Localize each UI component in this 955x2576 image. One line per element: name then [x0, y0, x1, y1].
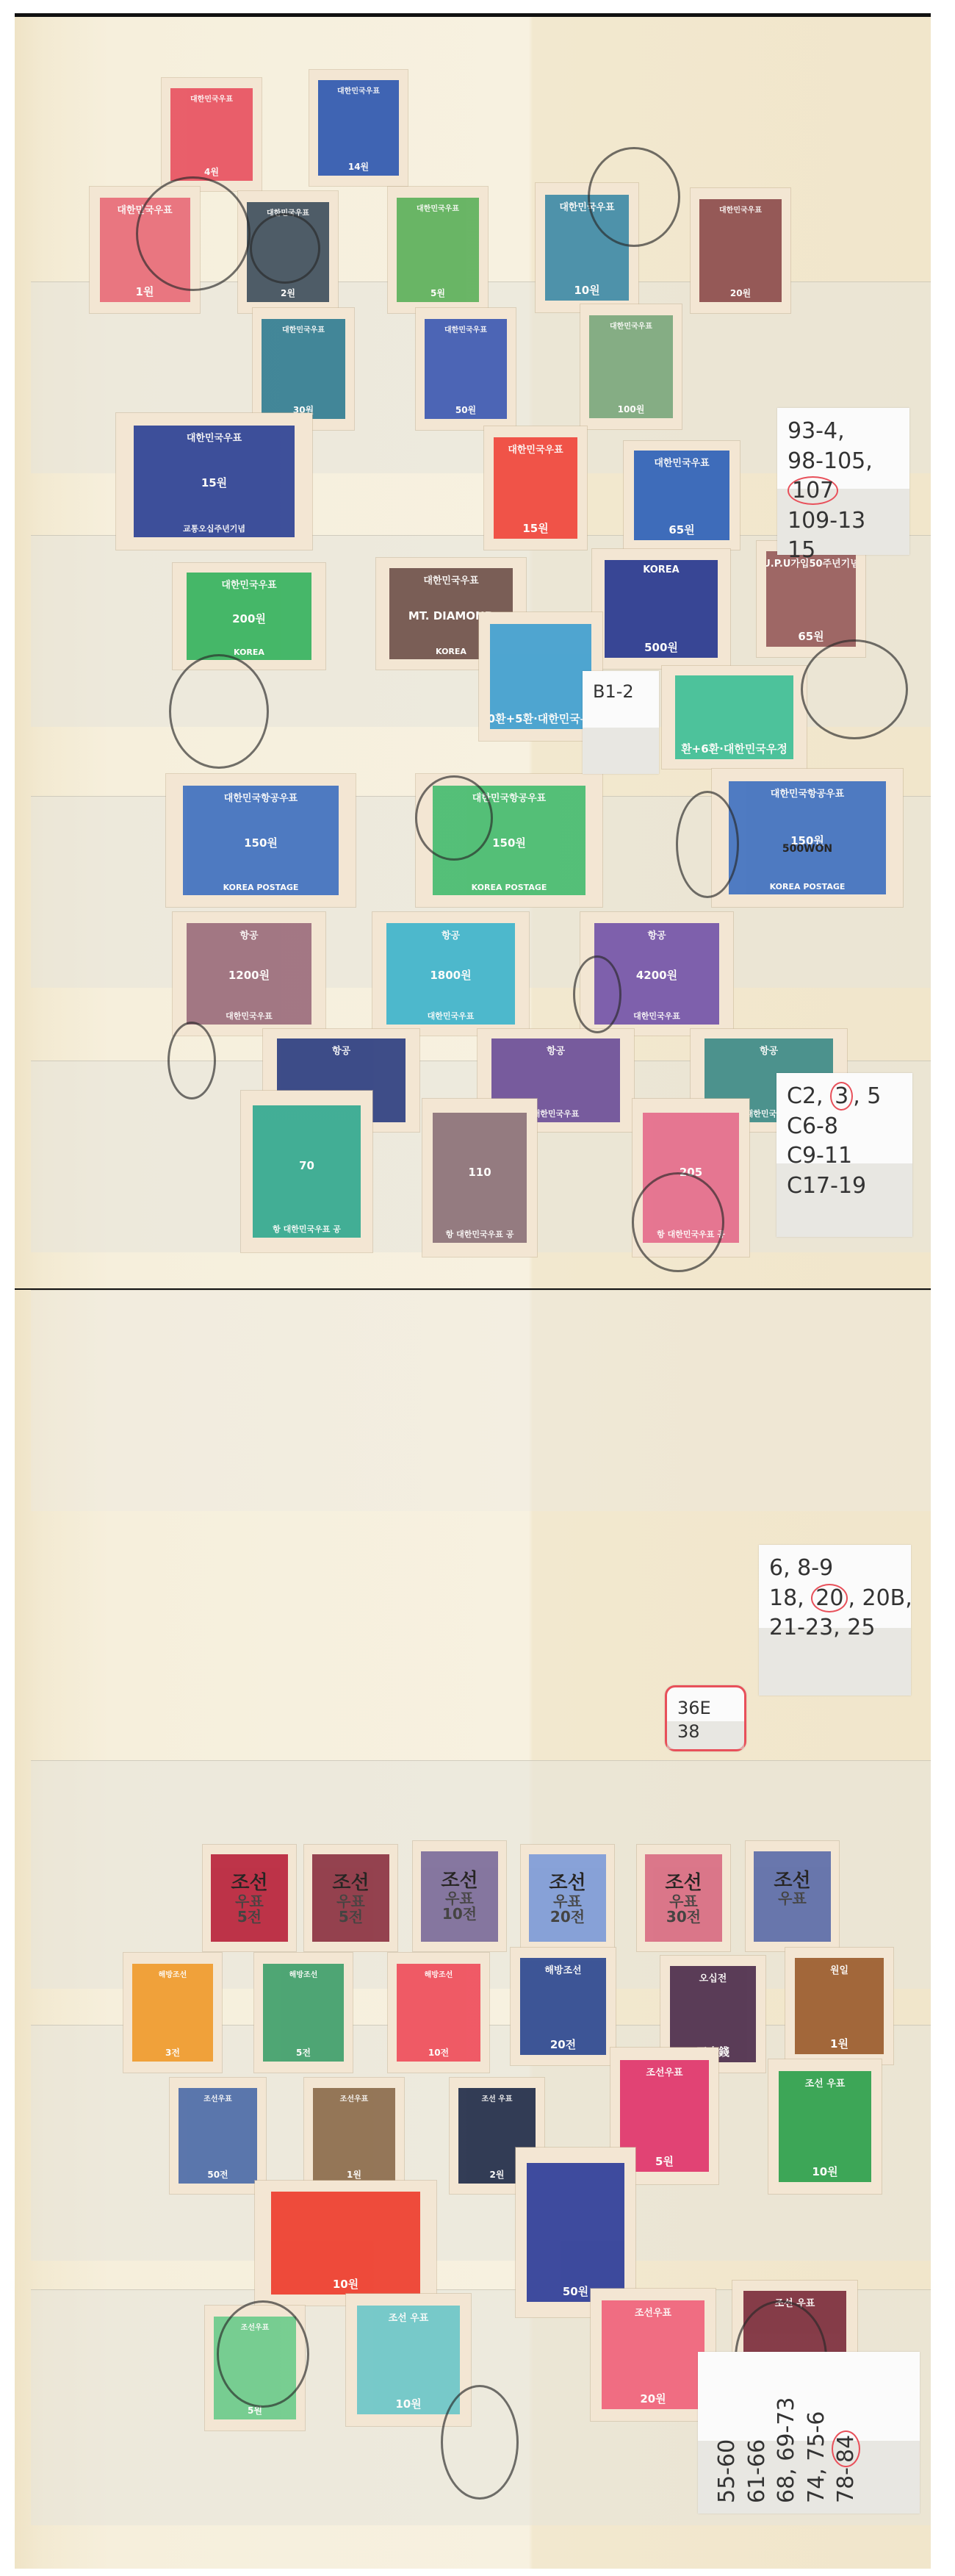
- stamp-ovp-5-brown: 조선우표5전: [304, 1845, 397, 1951]
- note-line: 21-23, 25: [759, 1613, 911, 1643]
- postmark-cancel: [676, 791, 739, 898]
- stamp-design: 70항 대한민국우표 공: [253, 1105, 361, 1238]
- note-line: 36E: [667, 1696, 744, 1720]
- note-line: 109-13: [777, 506, 909, 537]
- stamp-header-text: 대한민국우표: [717, 202, 764, 216]
- stamp-denomination: 10원: [395, 2396, 421, 2411]
- stamp-header-text: [732, 678, 737, 681]
- stamp-header-text: 항공: [237, 926, 260, 943]
- stamp-redcross-green: 환+6환·대한민국우정: [662, 666, 807, 769]
- stamp-header-text: 조선 우표: [803, 2074, 848, 2091]
- stamp-design: 조선우표1원: [313, 2088, 395, 2184]
- stamp-pink-20w: 조선우표20원: [591, 2289, 716, 2421]
- stamp-header-text: 대한민국우표: [219, 575, 278, 592]
- stamp-green-200w: 대한민국우표200원KOREA: [173, 563, 325, 670]
- stamp-denomination: 10원: [812, 2164, 837, 2179]
- stamp-plane-1800: 항공1800원대한민국우표: [372, 912, 529, 1036]
- stamp-denomination: 100원: [618, 403, 645, 415]
- stamp-header-text: [478, 1116, 482, 1119]
- stamp-design: 대한민국항공우표150원KOREA POSTAGE: [183, 786, 339, 894]
- stamp-design: 조선우표: [754, 1851, 830, 1942]
- stamp-airmail-blue-2: 대한민국항공우표150원KOREA POSTAGE500WON: [712, 769, 903, 907]
- stamp-design: 10원: [271, 2192, 420, 2294]
- catalog-note-c: C2, 3, 5C6-8C9-11C17-19: [776, 1073, 912, 1237]
- stamp-design: 조선 우표10원: [357, 2306, 459, 2414]
- stamp-header-text: 해방조선: [542, 1961, 583, 1978]
- stamp-header-text: 대한민국우표: [442, 322, 489, 336]
- stamp-denomination: 50원: [455, 403, 476, 416]
- stamp-denomination: 1원: [136, 284, 154, 299]
- catalog-note-6: 6, 8-918, 20, 20B,21-23, 25: [759, 1545, 911, 1696]
- note-line: 61-66: [743, 2352, 773, 2514]
- stamp-design: 조선우표5전: [312, 1854, 389, 1942]
- stamp-ovp-30-pink: 조선우표30전: [637, 1845, 730, 1951]
- stamp-teal-30w: 대한민국우표30원: [253, 308, 354, 430]
- stamp-green-10w: 조선 우표10원: [768, 2059, 882, 2194]
- stamp-train-blue: 대한민국우표15원교통오십주년기념: [116, 413, 312, 550]
- stamp-caption: KOREA POSTAGE: [472, 883, 547, 892]
- stamp-denomination: 14원: [348, 160, 369, 173]
- note-line: 98-105,: [777, 447, 909, 477]
- stamp-caption: KOREA: [234, 647, 264, 657]
- stamp-denomination: 2원: [281, 287, 295, 299]
- note-line: C9-11: [776, 1141, 912, 1172]
- stamp-design: 대한민국우표65원: [634, 451, 729, 539]
- stamp-overprint: 조선우표5전: [211, 1873, 287, 1924]
- postmark-cancel: [588, 147, 680, 247]
- stamp-header-text: [305, 1108, 309, 1111]
- stamp-header-text: [344, 2195, 348, 2198]
- stamp-header-text: [538, 627, 543, 630]
- postmark-cancel: [136, 176, 251, 291]
- postmark-cancel: [441, 2385, 519, 2500]
- note-line: C17-19: [776, 1172, 912, 1202]
- note-line: 68, 69-73: [772, 2352, 802, 2514]
- stamp-header-text: 조선우표: [338, 2091, 371, 2105]
- stamp-header-text: 대한민국우표: [184, 428, 244, 445]
- stamp-denomination: 50전: [207, 2168, 228, 2181]
- stamp-header-text: 오십전: [697, 1969, 729, 1986]
- stamp-header-text: 원일: [828, 1961, 851, 1978]
- stamp-denomination: 20원: [730, 287, 751, 299]
- note-line: 55-60: [713, 2352, 743, 2514]
- stamp-design: 대한민국항공우표150원KOREA POSTAGE500WON: [729, 781, 885, 894]
- stamp-denomination: 20원: [640, 2391, 666, 2406]
- stamp-overprint: 조선우표5전: [312, 1873, 389, 1924]
- circled-number: 3: [830, 1082, 853, 1111]
- stamp-liberation-red: 해방조선10전: [388, 1953, 489, 2073]
- stamp-header-text: [574, 2166, 578, 2169]
- circled-number: 20: [811, 1584, 848, 1612]
- stamp-denomination: 5원: [430, 287, 445, 299]
- stamp-caption: 대한민국우표: [226, 1010, 273, 1022]
- stamp-denomination: 10환+5환·대한민국우정: [490, 711, 591, 726]
- stamp-header-text: 조선우표: [644, 2063, 685, 2080]
- stamp-design: 해방조선20전: [520, 1958, 606, 2054]
- note-line: 107: [777, 476, 909, 506]
- stamp-caption: KOREA POSTAGE: [223, 883, 299, 892]
- stamp-design: 해방조선5전: [263, 1964, 344, 2062]
- stamp-denomination: 2원: [490, 2168, 505, 2181]
- note-line: 15: [777, 536, 909, 566]
- stamp-header-text: [682, 1857, 686, 1860]
- stamp-design: 원일1원: [795, 1958, 884, 2053]
- stamp-denomination: 1200원: [228, 967, 270, 983]
- stamp-design: 조선우표20원: [602, 2300, 704, 2409]
- stamp-denomination: 20전: [550, 2037, 576, 2052]
- stamp-header-text: 항공: [439, 926, 462, 943]
- stamp-design: 조선 우표10원: [779, 2071, 871, 2181]
- postmark-cancel: [169, 654, 269, 769]
- stamp-red-15w: 대한민국우표15원: [484, 426, 587, 550]
- stamp-header-text: 대한민국항공우표: [222, 789, 300, 806]
- stamp-denomination: 150원: [244, 835, 278, 850]
- stamp-denomination: 5원: [655, 2153, 674, 2169]
- stamp-denomination: 50원: [563, 2283, 588, 2299]
- stamp-design: 조선우표5전: [211, 1854, 287, 1942]
- stamp-design: 대한민국우표50원: [425, 319, 507, 419]
- note-line: C2, 3, 5: [776, 1082, 912, 1112]
- stamp-map-blue: 대한민국우표65원: [624, 441, 740, 550]
- stamp-caption: 항 대한민국우표 공: [273, 1223, 341, 1235]
- stamp-design: 대한민국우표5원: [397, 198, 479, 301]
- stamp-header-text: [790, 1854, 795, 1857]
- stamp-design: 환+6환·대한민국우정: [675, 675, 794, 760]
- stamp-design: 항공1800원대한민국우표: [386, 923, 515, 1025]
- stamp-portrait-red: 대한민국우표4원: [162, 78, 262, 191]
- postmark-cancel: [801, 639, 908, 739]
- circled-number: 84: [832, 2430, 860, 2467]
- stamp-70-teal: 70항 대한민국우표 공: [241, 1091, 372, 1252]
- note-line: 6, 8-9: [759, 1554, 911, 1584]
- stamp-caption: 항 대한민국우표 공: [446, 1228, 514, 1240]
- stamp-header-text: 조선 우표: [386, 2308, 431, 2325]
- stamp-header-text: [248, 1857, 252, 1860]
- stamp-caption: KOREA POSTAGE: [770, 882, 846, 891]
- stamp-denomination: 65원: [798, 628, 824, 644]
- stamp-header-text: 해방조선: [422, 1967, 455, 1981]
- stamp-overprint: 조선우표: [754, 1871, 830, 1906]
- stamp-overprint: 500WON: [729, 844, 885, 855]
- stamp-green-5w: 대한민국우표5원: [388, 187, 488, 313]
- stamp-caption: 대한민국우표: [428, 1010, 475, 1022]
- stamp-design: 110항 대한민국우표 공: [433, 1113, 527, 1242]
- stamp-liberation-green: 해방조선5전: [254, 1953, 353, 2073]
- postmark-cancel: [632, 1172, 724, 1272]
- stamp-liberation-blue: 해방조선20전: [511, 1948, 616, 2065]
- stamp-design: 조선우표10전: [421, 1851, 497, 1942]
- stamp-design: 대한민국우표14원: [318, 80, 399, 176]
- stamp-design: 10환+5환·대한민국우정: [490, 624, 591, 730]
- stamp-denomination: 10원: [574, 282, 599, 298]
- stamp-red-flag-10w: 10원: [255, 2181, 436, 2306]
- stamp-denomination: 200원: [232, 611, 266, 626]
- postmark-cancel: [415, 775, 493, 861]
- stamp-denomination: 110: [468, 1166, 491, 1179]
- stamp-header-text: 항공: [757, 1041, 780, 1058]
- stamp-header-text: 대한민국우표: [505, 440, 565, 457]
- stamp-design: 조선우표50전: [179, 2088, 257, 2184]
- stamp-design: U.P.U가입50주년기념65원: [766, 551, 855, 647]
- stamp-airmail-blue-1: 대한민국항공우표150원KOREA POSTAGE: [166, 774, 356, 907]
- note-line: 78-84: [832, 2352, 862, 2514]
- stamp-ovp-navy: 조선우표: [746, 1841, 839, 1951]
- stamp-caption: 대한민국우표: [533, 1108, 580, 1119]
- stamp-blue-50ch: 조선우표50전: [170, 2078, 266, 2194]
- stamp-design: 대한민국우표15원: [494, 437, 578, 539]
- stamp-header-text: [566, 1857, 570, 1860]
- stamp-design: 조선우표30전: [645, 1854, 721, 1942]
- stamp-caption: 교통오십주년기념: [183, 523, 245, 534]
- circled-number: 107: [788, 476, 838, 505]
- stamp-liberation-orange: 해방조선3전: [123, 1953, 222, 2073]
- catalog-note-36e: 36E38: [665, 1685, 746, 1751]
- stamp-design: 대한민국우표20원: [699, 199, 782, 301]
- stamp-denomination: 500원: [644, 639, 678, 655]
- stamp-design: 항공1200원대한민국우표: [187, 923, 312, 1025]
- stamp-header-text: 대한민국우표: [280, 322, 327, 336]
- stamp-ovp-10-violet: 조선우표10전: [413, 1841, 506, 1951]
- stamp-denomination: 환+6환·대한민국우정: [681, 741, 788, 756]
- stamp-denomination: 15원: [201, 475, 227, 490]
- stamp-brown-1w: 원일1원: [785, 1948, 893, 2064]
- stamp-denomination: 65원: [668, 522, 694, 537]
- stamp-denomination: 5전: [296, 2046, 311, 2059]
- stamp-caption: KOREA: [436, 647, 466, 656]
- stamp-denomination: 4원: [204, 165, 219, 178]
- note-line: 18, 20, 20B,: [759, 1584, 911, 1614]
- stamp-overprint: 조선우표10전: [421, 1871, 497, 1922]
- stamp-header-text: 조선우표: [201, 2091, 234, 2105]
- stamp-design: 대한민국우표4원: [170, 88, 253, 181]
- stamp-denomination: 10전: [428, 2046, 449, 2059]
- postmark-cancel: [250, 213, 320, 284]
- stamp-plane-1200: 항공1200원대한민국우표: [173, 912, 325, 1036]
- note-line: 93-4,: [777, 417, 909, 447]
- stamp-header-text: [689, 1116, 693, 1119]
- stamp-header-text: 대한민국우표: [414, 201, 461, 215]
- stamp-header-text: 조선 우표: [479, 2091, 514, 2105]
- stamp-header-text: 대한민국우표: [188, 91, 235, 105]
- stamp-ovp-5-red: 조선우표5전: [203, 1845, 296, 1951]
- stamp-denomination: 3전: [165, 2046, 180, 2059]
- note-line: B1-2: [583, 680, 659, 703]
- stamp-green-100w: 대한민국우표100원: [580, 304, 682, 429]
- catalog-note-b1: B1-2: [583, 671, 659, 774]
- stamp-header-text: [349, 1857, 353, 1860]
- note-line: C6-8: [776, 1112, 912, 1142]
- stamp-design: 50원: [527, 2163, 625, 2302]
- stamp-caption: 대한민국우표: [633, 1010, 680, 1022]
- stamp-header-text: KOREA: [641, 563, 682, 577]
- stamp-brown-20w: 대한민국우표20원: [691, 188, 790, 313]
- stamp-header-text: 항공: [544, 1041, 567, 1058]
- stamp-design: 대한민국우표30원: [262, 319, 345, 419]
- stamp-denomination: 10원: [333, 2276, 358, 2292]
- stamp-denomination: 1800원: [430, 967, 471, 983]
- stamp-header-text: 대한민국우표: [335, 83, 382, 97]
- stamp-design: KOREA500원: [605, 560, 718, 659]
- pocket-overlay: [583, 728, 659, 774]
- stamp-design: 대한민국우표200원KOREA: [187, 573, 312, 660]
- stamp-denomination: 1원: [830, 2036, 848, 2051]
- stamp-ovp-20-blue: 조선우표20전: [521, 1845, 614, 1951]
- stamp-design: 대한민국우표15원교통오십주년기념: [134, 426, 295, 538]
- catalog-note-93: 93-4,98-105,107109-1315: [777, 408, 909, 555]
- stamp-brown-1won: 조선우표1원: [304, 2078, 404, 2194]
- stamp-header-text: 대한민국우표: [608, 318, 655, 332]
- note-line: 74, 75-6: [802, 2352, 832, 2514]
- stamp-design: 해방조선3전: [132, 1964, 213, 2062]
- stamp-denomination: 4200원: [636, 967, 677, 983]
- catalog-note-55: 55-6061-6668, 69-7374, 75-678-84: [698, 2352, 920, 2514]
- stamp-110-brown: 110항 대한민국우표 공: [422, 1099, 537, 1257]
- pocket-strip: [31, 1290, 931, 1511]
- stamp-500w-blue: KOREA500원: [592, 549, 730, 669]
- stamp-blue-50w: 대한민국우표50원: [416, 308, 516, 430]
- stamp-header-text: 해방조선: [287, 1967, 320, 1981]
- stamp-header-text: 대한민국항공우표: [768, 784, 846, 801]
- stamp-header-text: 해방조선: [156, 1967, 190, 1981]
- stamp-denomination: 15원: [522, 520, 548, 536]
- stamp-header-text: 항공: [330, 1041, 353, 1058]
- postmark-cancel: [217, 2300, 309, 2408]
- stamp-header-text: 대한민국우표: [421, 571, 480, 588]
- stamp-design: 해방조선10전: [397, 1964, 480, 2062]
- stamp-tower-blue: 대한민국우표14원: [309, 70, 408, 186]
- stamp-denomination: 1원: [347, 2168, 361, 2181]
- note-line: 38: [667, 1720, 744, 1743]
- stamp-design: 대한민국우표100원: [589, 315, 672, 417]
- stamp-header-text: 대한민국우표: [652, 453, 711, 470]
- stamp-denomination: 70: [299, 1159, 314, 1172]
- stamp-header-text: 조선우표: [633, 2303, 674, 2320]
- postmark-cancel: [167, 1022, 216, 1099]
- stamp-overprint: 조선우표30전: [645, 1873, 721, 1924]
- stamp-design: 조선우표20전: [529, 1854, 605, 1942]
- postmark-cancel: [573, 955, 621, 1033]
- stamp-overprint: 조선우표20전: [529, 1873, 605, 1924]
- stamp-denomination: 150원: [492, 835, 526, 850]
- stamp-header-text: [458, 1854, 462, 1857]
- stamp-header-text: 항공: [645, 926, 668, 943]
